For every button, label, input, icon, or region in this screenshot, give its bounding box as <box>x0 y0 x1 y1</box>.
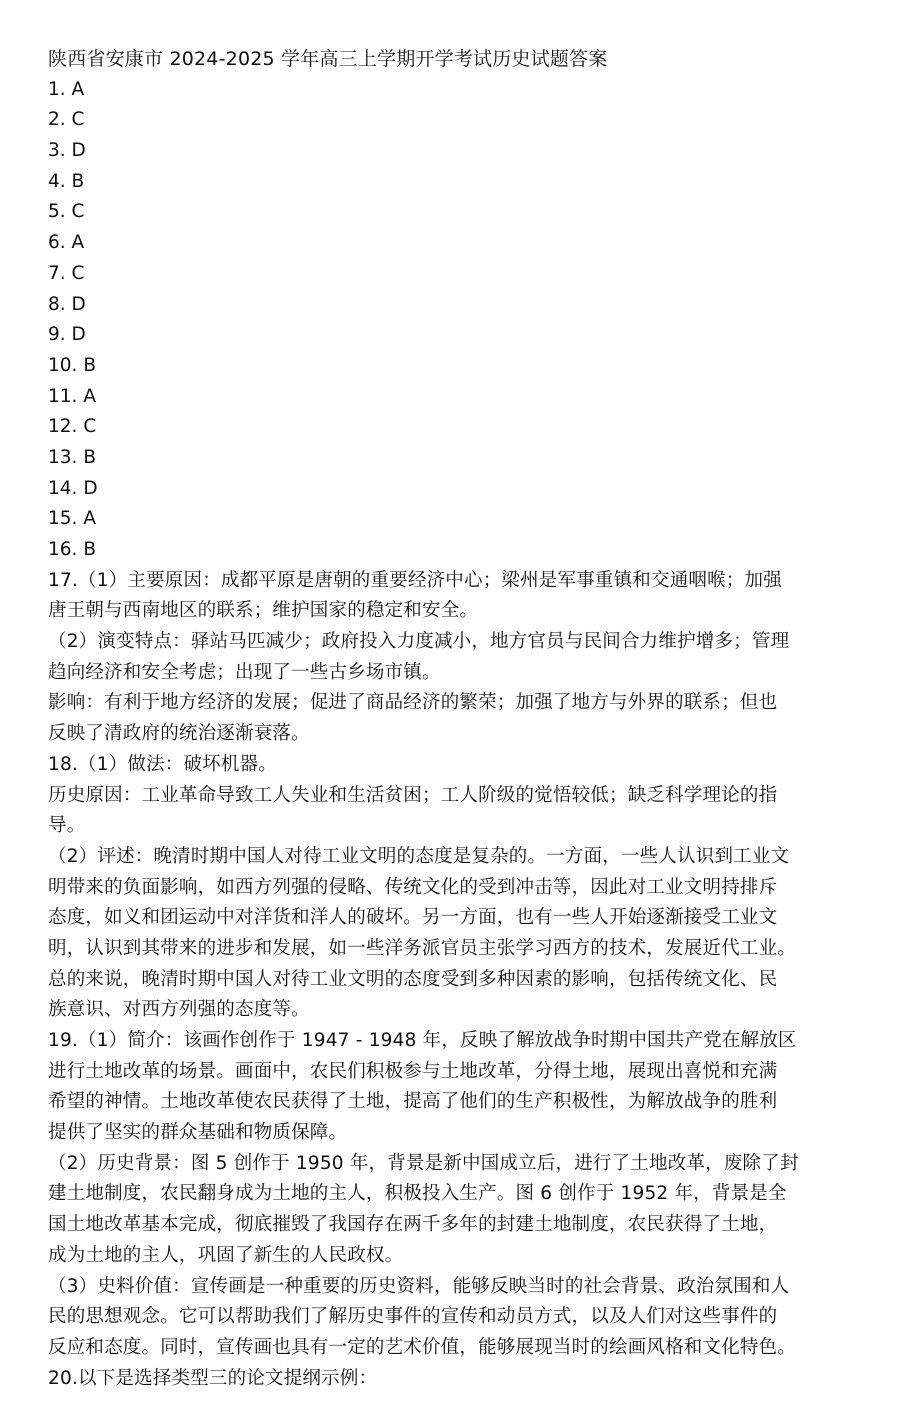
choice-answer-item: 8. D <box>48 290 868 321</box>
question-number: 7. <box>48 259 66 290</box>
answer-letter: A <box>83 386 96 407</box>
answer-text-line: 导。 <box>48 811 868 842</box>
choice-answer-item: 10. B <box>48 351 868 382</box>
question-number: 4. <box>48 167 66 198</box>
answer-letter: A <box>83 508 96 529</box>
answer-letter: A <box>72 79 85 100</box>
answer-letter: B <box>83 447 96 468</box>
answer-text-line: 进行土地改革的场景。画面中，农民们积极参与土地改革，分得土地，展现出喜悦和充满 <box>48 1057 868 1088</box>
question-number: 1. <box>48 75 66 106</box>
question-number: 2. <box>48 105 66 136</box>
question-number: 3. <box>48 136 66 167</box>
answer-text-line: 族意识、对西方列强的态度等。 <box>48 995 868 1026</box>
question-number: 11. <box>48 382 77 413</box>
question-number: 16. <box>48 535 77 566</box>
question-number: 14. <box>48 474 77 505</box>
answer-text-line: （2）评述：晚清时期中国人对待工业文明的态度是复杂的。一方面，一些人认识到工业文 <box>48 842 868 873</box>
answer-text-line: （2）历史背景：图 5 创作于 1950 年，背景是新中国成立后，进行了土地改革… <box>48 1149 868 1180</box>
question-number: 13. <box>48 443 77 474</box>
choice-answer-item: 12. C <box>48 412 868 443</box>
choice-answers-list: 1. A2. C3. D4. B5. C6. A7. C8. D9. D10. … <box>48 75 868 566</box>
answer-text-line: 唐王朝与西南地区的联系；维护国家的稳定和安全。 <box>48 596 868 627</box>
answer-letter: D <box>83 478 97 499</box>
question-17-answer: 17.（1）主要原因：成都平原是唐朝的重要经济中心；梁州是军事重镇和交通咽喉；加… <box>48 566 868 750</box>
answer-text-line: 民的思想观念。它可以帮助我们了解历史事件的宣传和动员方式，以及人们对这些事件的 <box>48 1302 868 1333</box>
answer-text-line: 总的来说，晚清时期中国人对待工业文明的态度受到多种因素的影响，包括传统文化、民 <box>48 965 868 996</box>
question-number: 15. <box>48 504 77 535</box>
answer-text-line: 建土地制度，农民翻身成为土地的主人，积极投入生产。图 6 创作于 1952 年，… <box>48 1179 868 1210</box>
question-19-answer: 19.（1）简介：该画作创作于 1947 - 1948 年，反映了解放战争时期中… <box>48 1026 868 1364</box>
answer-text-line: 态度，如义和团运动中对洋货和洋人的破坏。另一方面，也有一些人开始逐渐接受工业文 <box>48 903 868 934</box>
answer-letter: A <box>72 232 85 253</box>
choice-answer-item: 5. C <box>48 197 868 228</box>
answer-text-line: 反映了清政府的统治逐渐衰落。 <box>48 719 868 750</box>
answer-letter: C <box>72 201 85 222</box>
answer-text-line: （3）史料价值：宣传画是一种重要的历史资料，能够反映当时的社会背景、政治氛围和人 <box>48 1272 868 1303</box>
question-20-answer: 20.以下是选择类型三的论文提纲示例： <box>48 1364 868 1395</box>
answer-letter: D <box>72 324 86 345</box>
answer-text-line: 明带来的负面影响，如西方列强的侵略、传统文化的受到冲击等，因此对工业文明持排斥 <box>48 873 868 904</box>
answer-letter: B <box>83 539 96 560</box>
answer-text-line: 趋向经济和安全考虑；出现了一些古乡场市镇。 <box>48 658 868 689</box>
answer-letter: C <box>83 416 96 437</box>
choice-answer-item: 15. A <box>48 504 868 535</box>
question-number: 5. <box>48 197 66 228</box>
choice-answer-item: 7. C <box>48 259 868 290</box>
choice-answer-item: 4. B <box>48 167 868 198</box>
question-number: 6. <box>48 228 66 259</box>
answer-letter: B <box>83 355 96 376</box>
answer-letter: D <box>72 140 86 161</box>
answer-text-line: 历史原因：工业革命导致工人失业和生活贫困；工人阶级的觉悟较低；缺乏科学理论的指 <box>48 781 868 812</box>
answer-text-line: （2）演变特点：驿站马匹减少；政府投入力度减小，地方官员与民间合力维护增多；管理 <box>48 627 868 658</box>
answer-text-line: 影响：有利于地方经济的发展；促进了商品经济的繁荣；加强了地方与外界的联系；但也 <box>48 688 868 719</box>
answer-letter: C <box>72 263 85 284</box>
answer-letter: C <box>72 109 85 130</box>
question-number: 8. <box>48 290 66 321</box>
answer-text-line: 提供了坚实的群众基础和物质保障。 <box>48 1118 868 1149</box>
choice-answer-item: 9. D <box>48 320 868 351</box>
answer-letter: D <box>72 294 86 315</box>
answer-text-line: 成为土地的主人，巩固了新生的人民政权。 <box>48 1241 868 1272</box>
choice-answer-item: 1. A <box>48 75 868 106</box>
answer-text-line: 明，认识到其带来的进步和发展，如一些洋务派官员主张学习西方的技术，发展近代工业。 <box>48 934 868 965</box>
answer-text-line: 反应和态度。同时，宣传画也具有一定的艺术价值，能够展现当时的绘画风格和文化特色。 <box>48 1333 868 1364</box>
answer-text-line: 19.（1）简介：该画作创作于 1947 - 1948 年，反映了解放战争时期中… <box>48 1026 868 1057</box>
choice-answer-item: 11. A <box>48 382 868 413</box>
choice-answer-item: 16. B <box>48 535 868 566</box>
choice-answer-item: 6. A <box>48 228 868 259</box>
answer-text-line: 20.以下是选择类型三的论文提纲示例： <box>48 1364 868 1395</box>
answer-text-line: 希望的神情。土地改革使农民获得了土地，提高了他们的生产积极性，为解放战争的胜利 <box>48 1087 868 1118</box>
answer-letter: B <box>72 171 85 192</box>
choice-answer-item: 13. B <box>48 443 868 474</box>
choice-answer-item: 3. D <box>48 136 868 167</box>
question-number: 10. <box>48 351 77 382</box>
answer-document: 陕西省安康市 2024-2025 学年高三上学期开学考试历史试题答案 1. A2… <box>48 44 868 1394</box>
answer-text-line: 17.（1）主要原因：成都平原是唐朝的重要经济中心；梁州是军事重镇和交通咽喉；加… <box>48 566 868 597</box>
answer-text-line: 18.（1）做法：破坏机器。 <box>48 750 868 781</box>
question-number: 12. <box>48 412 77 443</box>
question-18-answer: 18.（1）做法：破坏机器。历史原因：工业革命导致工人失业和生活贫困；工人阶级的… <box>48 750 868 1026</box>
choice-answer-item: 2. C <box>48 105 868 136</box>
question-number: 9. <box>48 320 66 351</box>
document-title: 陕西省安康市 2024-2025 学年高三上学期开学考试历史试题答案 <box>48 44 868 75</box>
choice-answer-item: 14. D <box>48 474 868 505</box>
answer-text-line: 国土地改革基本完成，彻底摧毁了我国存在两千多年的封建土地制度，农民获得了土地， <box>48 1210 868 1241</box>
